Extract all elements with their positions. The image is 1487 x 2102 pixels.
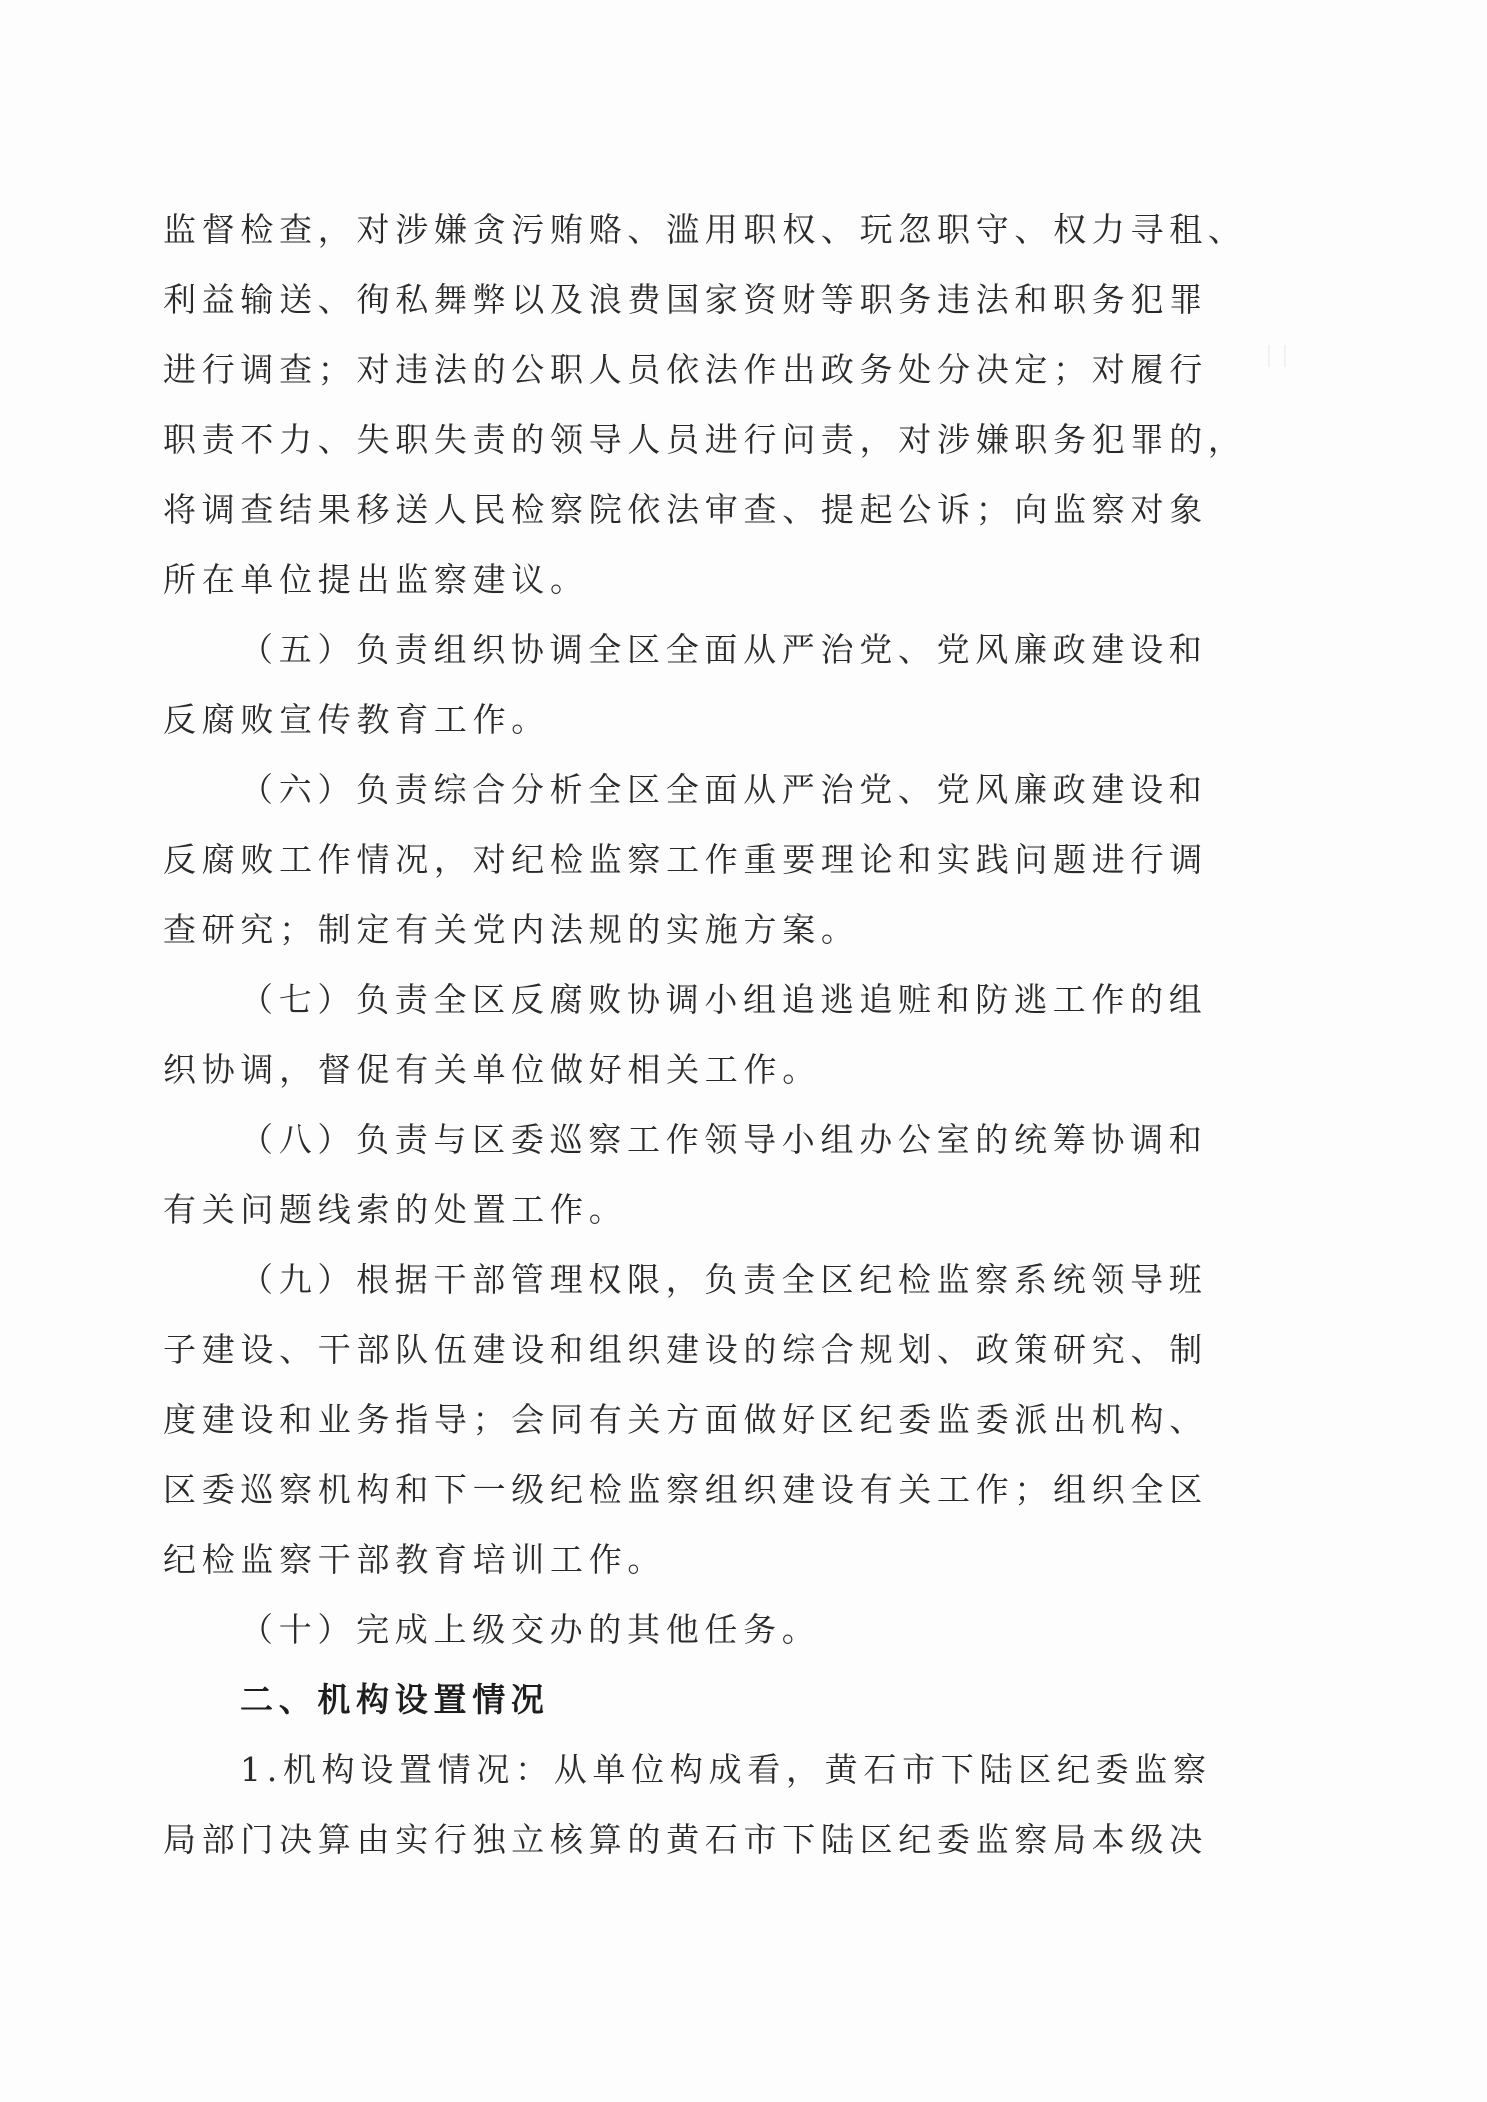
item-5-first-line: （五）负责组织协调全区全面从严治党、党风廉政建设和 <box>163 615 1263 685</box>
text-line: 反腐败宣传教育工作。 <box>163 685 1263 755</box>
item-8-first-line: （八）负责与区委巡察工作领导小组办公室的统筹协调和 <box>163 1105 1263 1175</box>
section-heading: 二、机构设置情况 <box>163 1665 1263 1735</box>
text-line: 局部门决算由实行独立核算的黄石市下陆区纪委监察局本级决 <box>163 1805 1263 1875</box>
scan-artifact <box>1268 345 1286 367</box>
document-page: 监督检查，对涉嫌贪污贿赂、滥用职权、玩忽职守、权力寻租、 利益输送、徇私舞弊以及… <box>0 0 1487 2102</box>
text-line: 进行调查；对违法的公职人员依法作出政务处分决定；对履行 <box>163 335 1263 405</box>
item-6-first-line: （六）负责综合分析全区全面从严治党、党风廉政建设和 <box>163 755 1263 825</box>
text-line: 区委巡察机构和下一级纪检监察组织建设有关工作；组织全区 <box>163 1455 1263 1525</box>
text-line: 织协调，督促有关单位做好相关工作。 <box>163 1035 1263 1105</box>
item-9-first-line: （九）根据干部管理权限，负责全区纪检监察系统领导班 <box>163 1245 1263 1315</box>
body-text: 监督检查，对涉嫌贪污贿赂、滥用职权、玩忽职守、权力寻租、 利益输送、徇私舞弊以及… <box>163 195 1263 1875</box>
subsection-first-line: 1.机构设置情况：从单位构成看，黄石市下陆区纪委监察 <box>163 1735 1263 1805</box>
text-line: 反腐败工作情况，对纪检监察工作重要理论和实践问题进行调 <box>163 825 1263 895</box>
text-line: 子建设、干部队伍建设和组织建设的综合规划、政策研究、制 <box>163 1315 1263 1385</box>
text-line: 纪检监察干部教育培训工作。 <box>163 1525 1263 1595</box>
item-7-first-line: （七）负责全区反腐败协调小组追逃追赃和防逃工作的组 <box>163 965 1263 1035</box>
text-line: 所在单位提出监察建议。 <box>163 545 1263 615</box>
text-line: 度建设和业务指导；会同有关方面做好区纪委监委派出机构、 <box>163 1385 1263 1455</box>
text-line: 查研究；制定有关党内法规的实施方案。 <box>163 895 1263 965</box>
text-line: 职责不力、失职失责的领导人员进行问责，对涉嫌职务犯罪的， <box>163 405 1263 475</box>
item-10-first-line: （十）完成上级交办的其他任务。 <box>163 1595 1263 1665</box>
text-line: 将调查结果移送人民检察院依法审查、提起公诉；向监察对象 <box>163 475 1263 545</box>
text-line: 有关问题线索的处置工作。 <box>163 1175 1263 1245</box>
text-line: 监督检查，对涉嫌贪污贿赂、滥用职权、玩忽职守、权力寻租、 <box>163 195 1263 265</box>
text-line: 利益输送、徇私舞弊以及浪费国家资财等职务违法和职务犯罪 <box>163 265 1263 335</box>
